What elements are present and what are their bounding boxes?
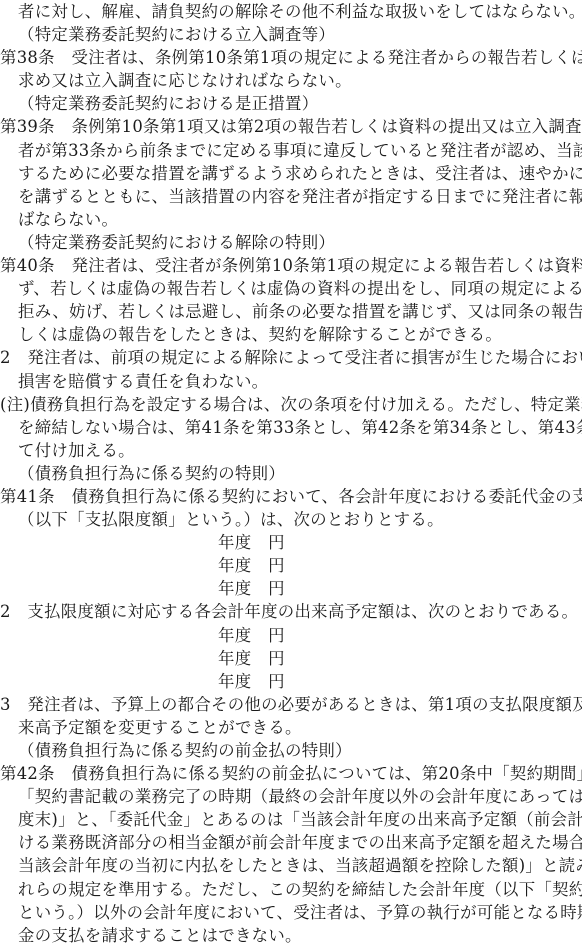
text-line: 当該会計年度の当初に内払をしたときは、当該超過額を控除した額)」と読み替えて、こ — [0, 854, 582, 877]
text-line: て付け加える。 — [0, 439, 582, 462]
article-41: 第41条 債務負担行為に係る契約において、各会計年度における委託代金の支払の限度… — [0, 485, 582, 508]
amount-line: 年度 円 — [0, 554, 582, 577]
section-heading: （特定業務委託契約における立入調査等） — [0, 23, 582, 46]
section-heading: （債務負担行為に係る契約の特則） — [0, 462, 582, 485]
text-line: 金の支払を請求することはできない。 — [0, 924, 582, 943]
amount-line: 年度 円 — [0, 647, 582, 670]
paragraph-3: 3 発注者は、予算上の都合その他の必要があるときは、第1項の支払限度額及び前項の… — [0, 693, 582, 716]
text-line: しくは虚偽の報告をしたときは、契約を解除することができる。 — [0, 323, 582, 346]
document-page: 者に対し、解雇、請負契約の解除その他不利益な取扱いをしてはならない。 （特定業務… — [0, 0, 582, 943]
text-line: するために必要な措置を講ずるよう求められたときは、受注者は、速やかに是正の措置 — [0, 162, 582, 185]
text-line: 者が第33条から前条までに定める事項に違反していると発注者が認め、当該違反を是正 — [0, 139, 582, 162]
text-line: （以下「支払限度額」という。）は、次のとおりとする。 — [0, 508, 582, 531]
text-line: 来高予定額を変更することができる。 — [0, 716, 582, 739]
amount-line: 年度 円 — [0, 577, 582, 600]
text-line: を講ずるとともに、当該措置の内容を発注者が指定する日までに発注者に報告しなけれ — [0, 185, 582, 208]
text-line: 「契約書記載の業務完了の時期（最終の会計年度以外の会計年度にあっては、各会計年 — [0, 785, 582, 808]
section-heading: （特定業務委託契約における解除の特則） — [0, 231, 582, 254]
text-line: という。）以外の会計年度において、受注者は、予算の執行が可能となる時期以前に前払 — [0, 901, 582, 924]
amount-line: 年度 円 — [0, 531, 582, 554]
note: (注)債務負担行為を設定する場合は、次の条項を付け加える。ただし、特定業務委託契… — [0, 393, 582, 416]
article-39: 第39条 条例第10条第1項又は第2項の報告若しくは資料の提出又は立入調査の結果… — [0, 115, 582, 138]
text-line: 損害を賠償する責任を負わない。 — [0, 370, 582, 393]
article-42: 第42条 債務負担行為に係る契約の前金払については、第20条中「契約期間」とある… — [0, 762, 582, 785]
paragraph-2: 2 支払限度額に対応する各会計年度の出来高予定額は、次のとおりである。 — [0, 600, 582, 623]
text-line: 者に対し、解雇、請負契約の解除その他不利益な取扱いをしてはならない。 — [0, 0, 582, 23]
section-heading: （債務負担行為に係る契約の前金払の特則） — [0, 739, 582, 762]
text-line: ける業務既済部分の相当金額が前会計年度までの出来高予定額を超えた場合において、 — [0, 831, 582, 854]
text-line: 求め又は立入調査に応じなければならない。 — [0, 69, 582, 92]
text-line: ず、若しくは虚偽の報告若しくは虚偽の資料の提出をし、同項の規定による立入調査を — [0, 277, 582, 300]
paragraph-2: 2 発注者は、前項の規定による解除によって受注者に損害が生じた場合においても、そ… — [0, 346, 582, 369]
section-heading: （特定業務委託契約における是正措置） — [0, 92, 582, 115]
text-line: 度末)」と、「委託代金」とあるのは「当該会計年度の出来高予定額（前会計年度末にお — [0, 808, 582, 831]
article-38: 第38条 受注者は、条例第10条第1項の規定による発注者からの報告若しくは資料の… — [0, 46, 582, 69]
amount-line: 年度 円 — [0, 670, 582, 693]
text-line: れらの規定を準用する。ただし、この契約を締結した会計年度（以下「契約会計年度」 — [0, 878, 582, 901]
text-line: を締結しない場合は、第41条を第33条とし、第42条を第34条とし、第43条を第… — [0, 416, 582, 439]
text-line: 拒み、妨げ、若しくは忌避し、前条の必要な措置を講じず、又は同条の報告をせず、若 — [0, 300, 582, 323]
article-40: 第40条 発注者は、受注者が条例第10条第1項の規定による報告若しくは資料の提出… — [0, 254, 582, 277]
text-line: ばならない。 — [0, 208, 582, 231]
amount-line: 年度 円 — [0, 624, 582, 647]
